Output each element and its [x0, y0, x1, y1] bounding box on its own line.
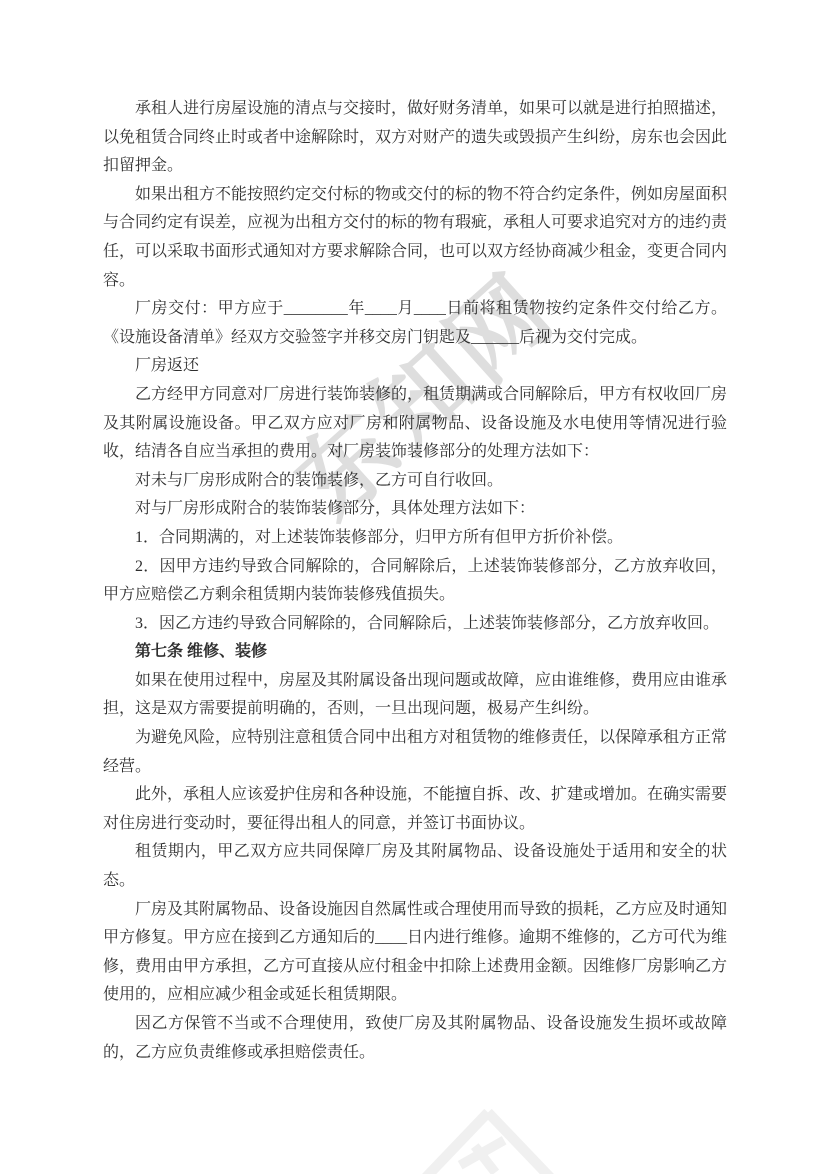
paragraph-care-of-premises: 此外，承租人应该爱护住房和各种设施，不能擅自拆、改、扩建或增加。在确实需要对住房… [103, 781, 727, 838]
list-item-3-party-b-breach: 3．因乙方违约导致合同解除的，合同解除后，上述装饰装修部分，乙方放弃收回。 [103, 610, 727, 639]
paragraph-tenant-inventory: 承租人进行房屋设施的清点与交接时，做好财务清单，如果可以就是进行拍照描述，以免租… [103, 95, 727, 181]
paragraph-delivery-defects: 如果出租方不能按照约定交付标的物或交付的标的物不符合约定条件，例如房屋面积与合同… [103, 181, 727, 295]
list-item-2-party-a-breach: 2．因甲方违约导致合同解除的，合同解除后，上述装饰装修部分，乙方放弃收回，甲方应… [103, 553, 727, 610]
paragraph-factory-return-title: 厂房返还 [103, 352, 727, 381]
paragraph-repair-responsibility: 如果在使用过程中，房屋及其附属设备出现问题或故障，应由谁维修，费用应由谁承担，这… [103, 667, 727, 724]
paragraph-attached-deco-intro: 对与厂房形成附合的装饰装修部分，具体处理方法如下： [103, 495, 727, 524]
list-item-1-contract-expiry: 1．合同期满的，对上述装饰装修部分，归甲方所有但甲方折价补偿。 [103, 524, 727, 553]
paragraph-natural-wear-repair: 厂房及其附属物品、设备设施因自然属性或合理使用而导致的损耗，乙方应及时通知甲方修… [103, 896, 727, 1010]
paragraph-renovation-return: 乙方经甲方同意对厂房进行装饰装修的，租赁期满或合同解除后，甲方有权收回厂房及其附… [103, 381, 727, 467]
paragraph-joint-safety: 租赁期内，甲乙双方应共同保障厂房及其附属物品、设备设施处于适用和安全的状态。 [103, 838, 727, 895]
paragraph-tenant-damage-liability: 因乙方保管不当或不合理使用，致使厂房及其附属物品、设备设施发生损坏或故障的，乙方… [103, 1010, 727, 1067]
paragraph-factory-delivery: 厂房交付：甲方应于________年____月____日前将租赁物按约定条件交付… [103, 295, 727, 352]
paragraph-nonattached-deco: 对未与厂房形成附合的装饰装修，乙方可自行收回。 [103, 467, 727, 496]
document-page: 东知网 承租人进行房屋设施的清点与交接时，做好财务清单，如果可以就是进行拍照描述… [0, 0, 830, 1174]
paragraph-risk-avoidance: 为避免风险，应特别注意租赁合同中出租方对租赁物的维修责任，以保障承租方正常经营。 [103, 724, 727, 781]
section-heading-article-7: 第七条 维修、装修 [103, 638, 727, 667]
triangle-logo-watermark-icon [398, 1108, 578, 1174]
document-body: 承租人进行房屋设施的清点与交接时，做好财务清单，如果可以就是进行拍照描述，以免租… [0, 0, 830, 1067]
